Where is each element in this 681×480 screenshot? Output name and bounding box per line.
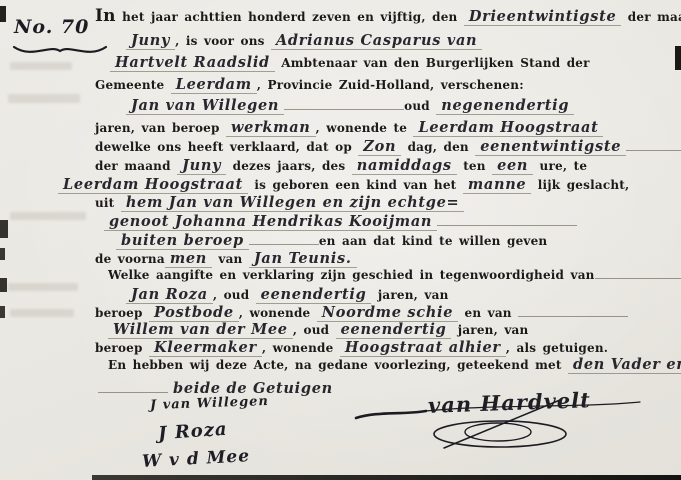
handwritten-text: een xyxy=(492,157,533,175)
handwritten-text: Juny xyxy=(126,32,175,50)
printed-text: beroep xyxy=(95,341,149,355)
fill-in-rule xyxy=(626,139,681,151)
printed-text: oud xyxy=(404,99,436,113)
signature-official-block: van Hardvelt xyxy=(348,378,648,454)
act-line: Juny, is voor ons Adrianus Casparus van xyxy=(126,30,482,49)
scan-artifact xyxy=(0,306,5,318)
ink-bleedthrough xyxy=(10,62,72,70)
handwritten-text: Hartvelt Raadslid xyxy=(110,54,275,72)
handwritten-text: negenendertig xyxy=(436,97,574,115)
ink-bleedthrough xyxy=(10,212,86,220)
act-line: Jan Roza, oud eenendertig jaren, van xyxy=(126,284,449,303)
act-line: Welke aangifte en verklaring zijn geschi… xyxy=(108,264,681,283)
printed-text: dezes jaars, des xyxy=(226,159,351,173)
ink-bleedthrough xyxy=(8,94,80,103)
handwritten-text: namiddags xyxy=(352,157,457,175)
handwritten-text: Leerdam Hoogstraat xyxy=(413,119,603,137)
printed-text: , Provincie Zuid-Holland, verschenen: xyxy=(257,78,524,92)
handwritten-text: Juny xyxy=(177,157,226,175)
scan-artifact xyxy=(0,248,5,260)
printed-text: der maand xyxy=(621,10,681,24)
printed-text: Ambtenaar van den Burgerlijken Stand der xyxy=(275,56,590,70)
printed-text: jaren, van beroep xyxy=(95,121,226,135)
handwritten-text: Drieentwintigste xyxy=(464,8,622,26)
scan-artifact xyxy=(0,220,8,238)
printed-text: , oud xyxy=(213,288,256,302)
act-line: der maand Juny dezes jaars, des namiddag… xyxy=(95,155,587,174)
printed-text: ure, te xyxy=(533,159,587,173)
fill-in-rule xyxy=(98,381,168,393)
act-line: Jan van Willegenoud negenendertig xyxy=(126,95,574,114)
printed-text: dewelke ons heeft verklaard, dat op xyxy=(95,140,358,154)
printed-text: Gemeente xyxy=(95,78,171,92)
scanned-birth-act: No. 70 In het jaar achttien honderd zeve… xyxy=(0,0,681,480)
scan-artifact xyxy=(0,6,6,22)
printed-text: jaren, van xyxy=(371,288,448,302)
ink-bleedthrough xyxy=(8,283,78,291)
printed-text: , wonende te xyxy=(316,121,414,135)
printed-text: jaren, van xyxy=(451,323,528,337)
act-line: dewelke ons heeft verklaard, dat op Zon … xyxy=(95,136,681,155)
handwritten-text: eenentwintigste xyxy=(475,138,626,156)
handwritten-text: genoot Johanna Hendrikas Kooijman xyxy=(104,213,437,231)
act-line: beide de Getuigen xyxy=(98,378,338,397)
printed-text: En hebben wij deze Acte, na gedane voorl… xyxy=(108,358,568,372)
printed-text: , als getuigen. xyxy=(506,341,608,355)
ink-bleedthrough xyxy=(10,309,74,317)
act-line: jaren, van beroep werkman, wonende te Le… xyxy=(95,117,603,136)
printed-text: het jaar achttien honderd zeven en vijft… xyxy=(116,10,464,24)
printed-text: beroep xyxy=(95,306,149,320)
fill-in-rule xyxy=(249,233,319,245)
act-line: buiten beroepen aan dat kind te willen g… xyxy=(116,230,547,249)
signature-witness2: W v d Mee xyxy=(142,446,251,472)
act-line: En hebben wij deze Acte, na gedane voorl… xyxy=(108,354,681,373)
act-number-flourish xyxy=(12,42,108,58)
printed-text: is geboren een kind van het xyxy=(248,178,463,192)
printed-text: der maand xyxy=(95,159,177,173)
act-line: Leerdam Hoogstraat is geboren een kind v… xyxy=(58,174,629,193)
printed-text: , oud xyxy=(293,323,336,337)
act-line: Gemeente Leerdam, Provincie Zuid-Holland… xyxy=(95,74,524,93)
printed-text: lijk geslacht, xyxy=(531,178,629,192)
fill-in-rule xyxy=(595,267,681,279)
handwritten-text: den Vader en xyxy=(568,356,681,374)
handwritten-text: hem Jan van Willegen en zijn echtge= xyxy=(121,194,465,212)
fill-in-rule xyxy=(437,214,577,226)
printed-text: en van xyxy=(458,306,518,320)
printed-text: dag, den xyxy=(401,140,475,154)
signature-father: J van Willegen xyxy=(150,394,269,413)
printed-text: uit xyxy=(95,196,121,210)
act-line: In het jaar achttien honderd zeven en vi… xyxy=(95,6,681,26)
handwritten-text: Leerdam xyxy=(171,76,257,94)
handwritten-text: manne xyxy=(463,176,532,194)
act-line: Hartvelt Raadslid Ambtenaar van den Burg… xyxy=(110,52,590,71)
signature-witness1: J Roza xyxy=(157,419,228,445)
handwritten-text: Zon xyxy=(358,138,401,156)
act-line: genoot Johanna Hendrikas Kooijman xyxy=(104,211,577,230)
scan-artifact xyxy=(675,46,681,70)
act-number: No. 70 xyxy=(14,16,89,38)
act-line: Willem van der Mee, oud eenendertig jare… xyxy=(108,319,528,338)
printed-text: , is voor ons xyxy=(175,34,271,48)
printed-text: en aan dat kind te willen geven xyxy=(319,234,548,248)
printed-text: ten xyxy=(457,159,492,173)
printed-text: , wonende xyxy=(239,306,317,320)
act-line: uit hem Jan van Willegen en zijn echtge= xyxy=(95,192,464,211)
printed-text: Welke aangifte en verklaring zijn geschi… xyxy=(108,268,595,282)
fill-in-rule xyxy=(284,98,404,110)
fill-in-rule xyxy=(518,305,628,317)
handwritten-text: Adrianus Casparus van xyxy=(271,32,482,50)
scan-artifact xyxy=(0,278,7,292)
handwritten-text: werkman xyxy=(226,119,316,137)
printed-text: , wonende xyxy=(262,341,340,355)
printed-text: In xyxy=(95,6,116,26)
handwritten-text: Jan van Willegen xyxy=(126,97,284,115)
scan-artifact-bottom-band xyxy=(92,475,681,480)
